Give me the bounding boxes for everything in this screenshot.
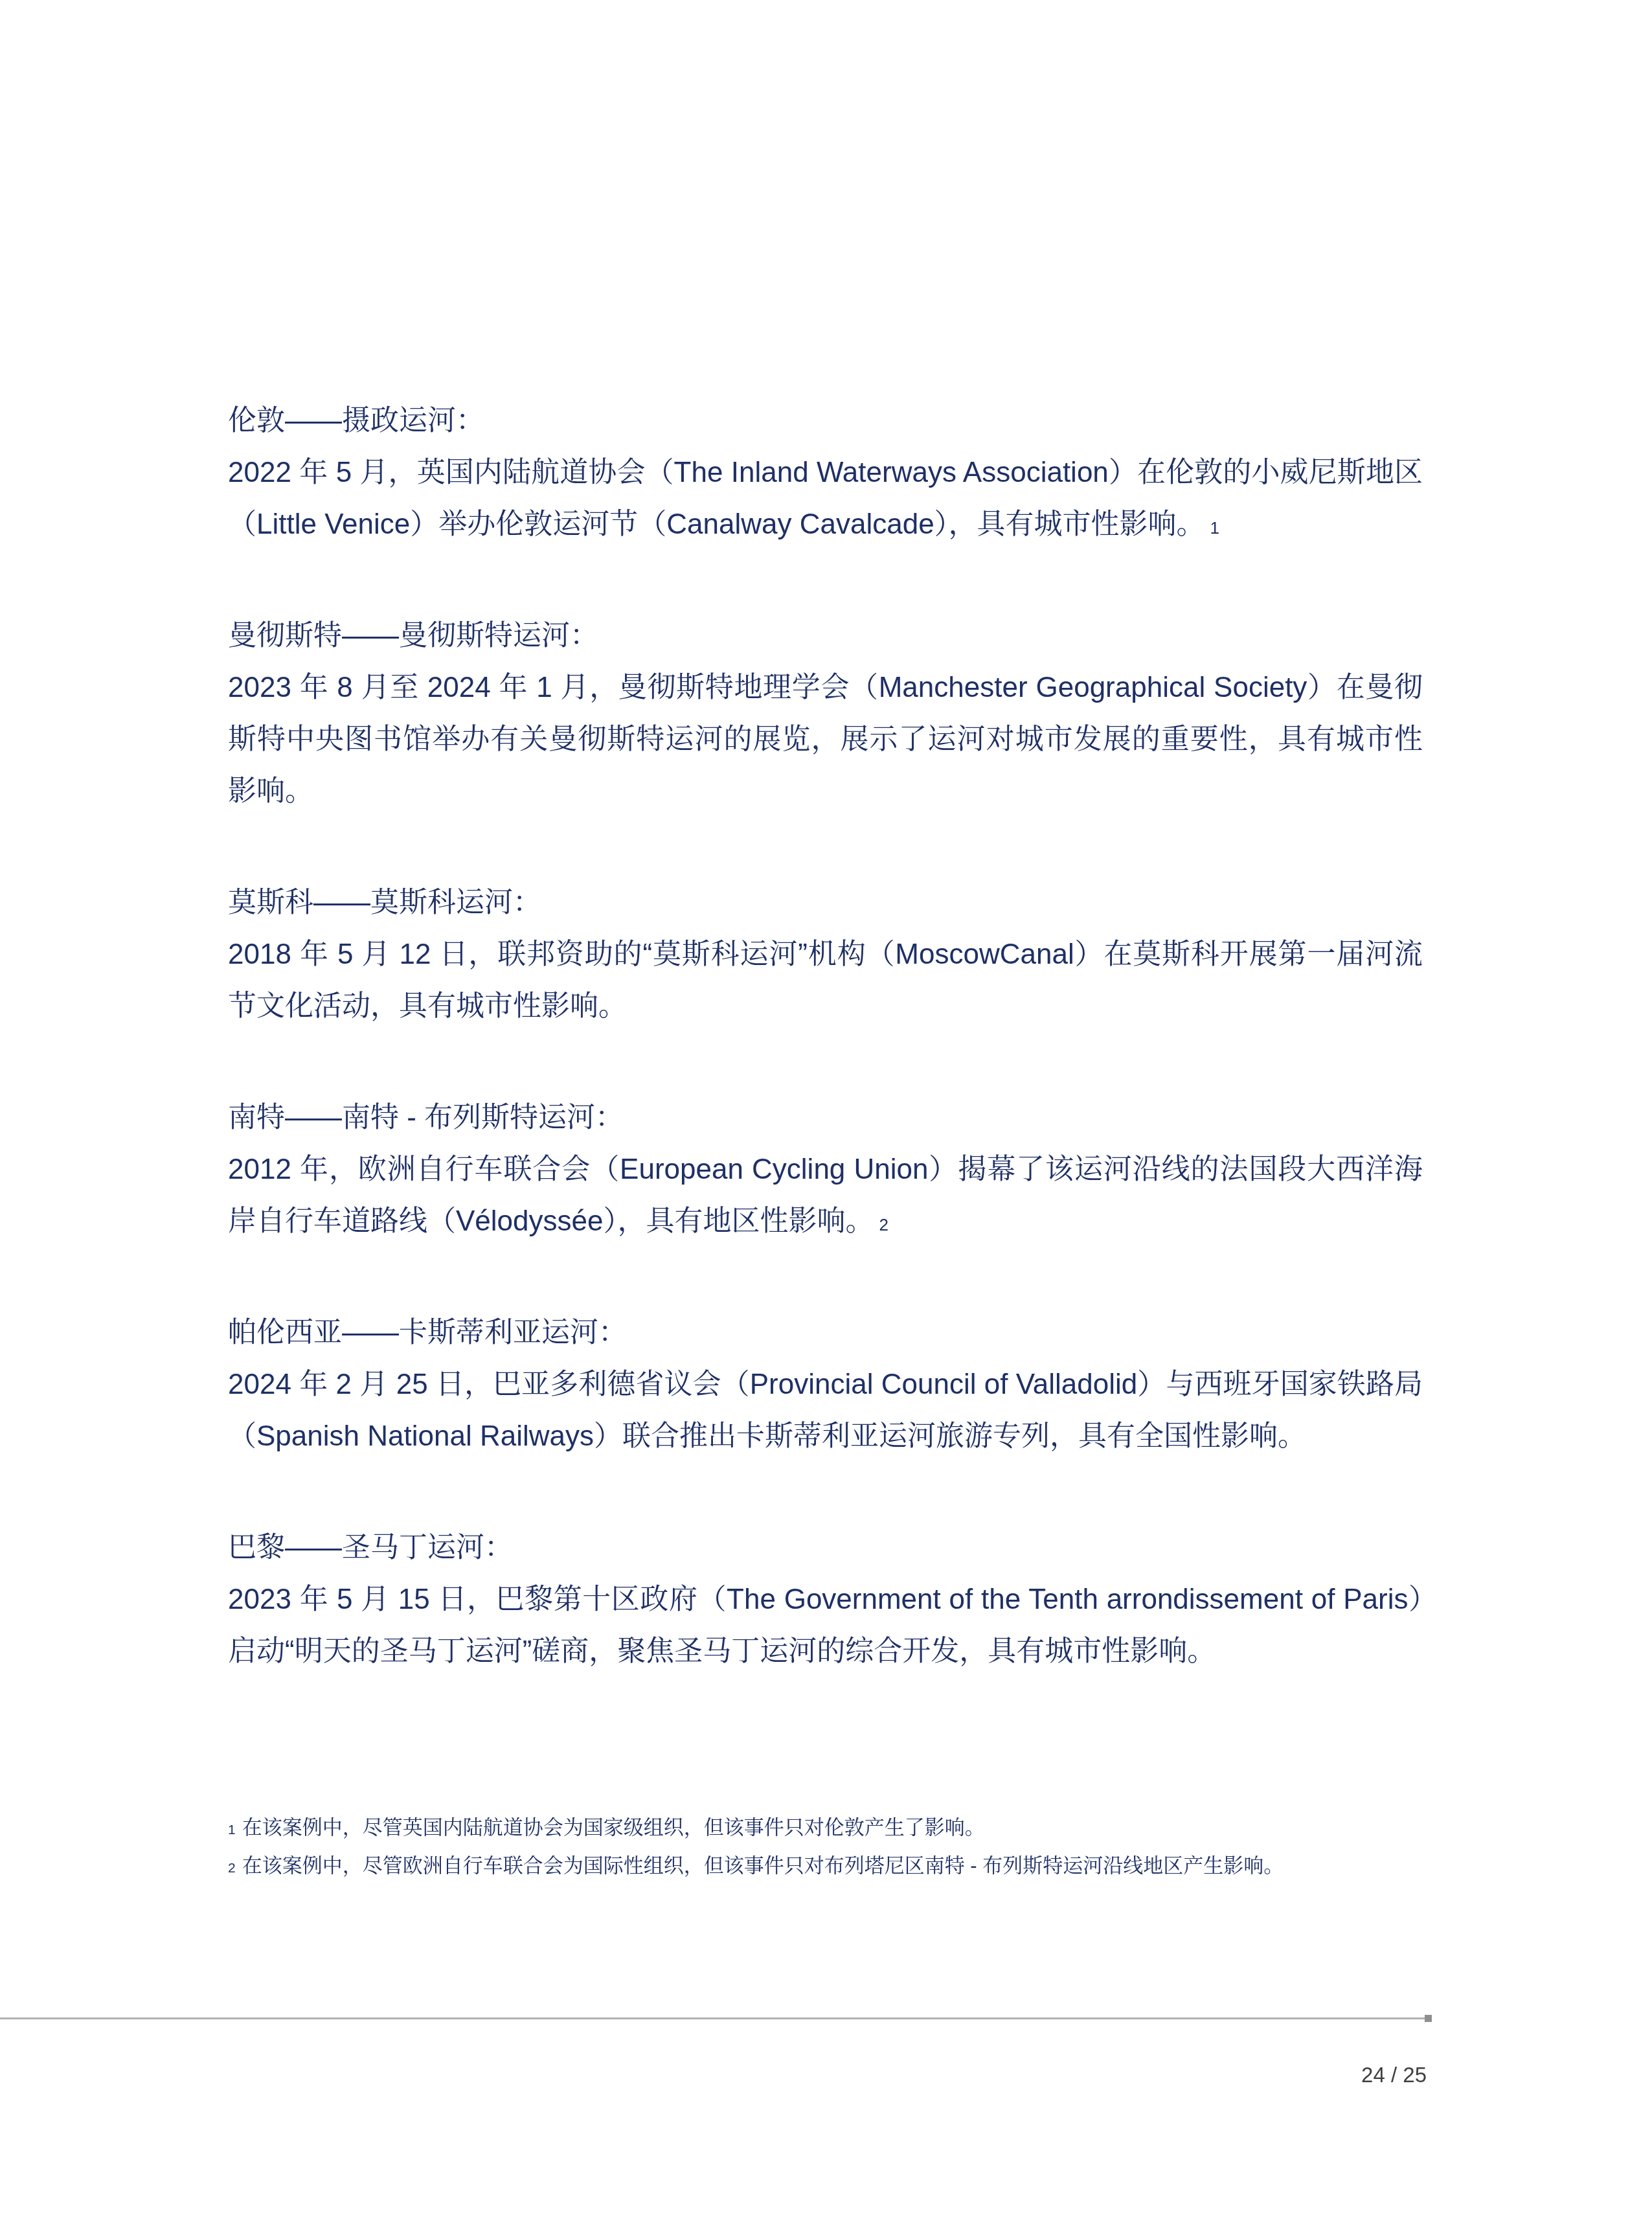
section-heading: 南特——南特 - 布列斯特运河： — [228, 1092, 1423, 1144]
footnote-item-2: 2在该案例中，尽管欧洲自行车联合会为国际性组织，但该事件只对布列塔尼区南特 - … — [228, 1846, 1423, 1885]
footnote-ref-2: 2 — [879, 1215, 888, 1234]
canal-section-nantes: 南特——南特 - 布列斯特运河： 2012 年，欧洲自行车联合会（Europea… — [228, 1092, 1423, 1247]
page-number: 24 / 25 — [1361, 2062, 1427, 2088]
section-body-text: 2022 年 5 月，英国内陆航道协会（The Inland Waterways… — [228, 457, 1423, 540]
section-heading: 曼彻斯特——曼彻斯特运河： — [228, 610, 1423, 662]
document-content: 伦敦——摄政运河： 2022 年 5 月，英国内陆航道协会（The Inland… — [228, 395, 1423, 1677]
canal-section-manchester: 曼彻斯特——曼彻斯特运河： 2023 年 8 月至 2024 年 1 月，曼彻斯… — [228, 610, 1423, 817]
section-body-text: 2023 年 8 月至 2024 年 1 月，曼彻斯特地理学会（Manchest… — [228, 672, 1423, 807]
section-body: 2012 年，欧洲自行车联合会（European Cycling Union）揭… — [228, 1144, 1423, 1247]
section-body: 2018 年 5 月 12 日，联邦资助的“莫斯科运河”机构（MoscowCan… — [228, 929, 1423, 1032]
footnote-marker-2: 2 — [228, 1861, 236, 1876]
section-heading: 伦敦——摄政运河： — [228, 395, 1423, 447]
section-heading: 莫斯科——莫斯科运河： — [228, 877, 1423, 929]
footnote-marker-1: 1 — [228, 1823, 236, 1837]
footnotes-block: 1在该案例中，尽管英国内陆航道协会为国家级组织，但该事件只对伦敦产生了影响。 2… — [228, 1808, 1423, 1885]
section-heading: 巴黎——圣马丁运河： — [228, 1522, 1423, 1574]
canal-section-paris: 巴黎——圣马丁运河： 2023 年 5 月 15 日，巴黎第十区政府（The G… — [228, 1522, 1423, 1677]
section-body-text: 2018 年 5 月 12 日，联邦资助的“莫斯科运河”机构（MoscowCan… — [228, 938, 1423, 1022]
footer-divider-line — [0, 2017, 1428, 2019]
section-heading: 帕伦西亚——卡斯蒂利亚运河： — [228, 1307, 1423, 1359]
section-body: 2024 年 2 月 25 日，巴亚多利德省议会（Provincial Coun… — [228, 1359, 1423, 1462]
canal-section-moscow: 莫斯科——莫斯科运河： 2018 年 5 月 12 日，联邦资助的“莫斯科运河”… — [228, 877, 1423, 1032]
section-body-text: 2012 年，欧洲自行车联合会（European Cycling Union）揭… — [228, 1153, 1423, 1237]
canal-section-london: 伦敦——摄政运河： 2022 年 5 月，英国内陆航道协会（The Inland… — [228, 395, 1423, 551]
document-page: { "page": { "number_label": "24 / 25" },… — [0, 0, 1652, 2226]
section-body: 2023 年 8 月至 2024 年 1 月，曼彻斯特地理学会（Manchest… — [228, 662, 1423, 817]
section-body-text: 2024 年 2 月 25 日，巴亚多利德省议会（Provincial Coun… — [228, 1369, 1423, 1452]
footer-divider-end-square — [1425, 2015, 1432, 2022]
section-body: 2022 年 5 月，英国内陆航道协会（The Inland Waterways… — [228, 447, 1423, 551]
footnote-ref-1: 1 — [1210, 518, 1219, 538]
section-body: 2023 年 5 月 15 日，巴黎第十区政府（The Government o… — [228, 1574, 1423, 1677]
section-body-text: 2023 年 5 月 15 日，巴黎第十区政府（The Government o… — [228, 1584, 1423, 1667]
footnote-text: 在该案例中，尽管欧洲自行车联合会为国际性组织，但该事件只对布列塔尼区南特 - 布… — [242, 1854, 1284, 1877]
footnote-item-1: 1在该案例中，尽管英国内陆航道协会为国家级组织，但该事件只对伦敦产生了影响。 — [228, 1808, 1423, 1846]
footnote-text: 在该案例中，尽管英国内陆航道协会为国家级组织，但该事件只对伦敦产生了影响。 — [242, 1816, 985, 1839]
canal-section-palencia: 帕伦西亚——卡斯蒂利亚运河： 2024 年 2 月 25 日，巴亚多利德省议会（… — [228, 1307, 1423, 1462]
